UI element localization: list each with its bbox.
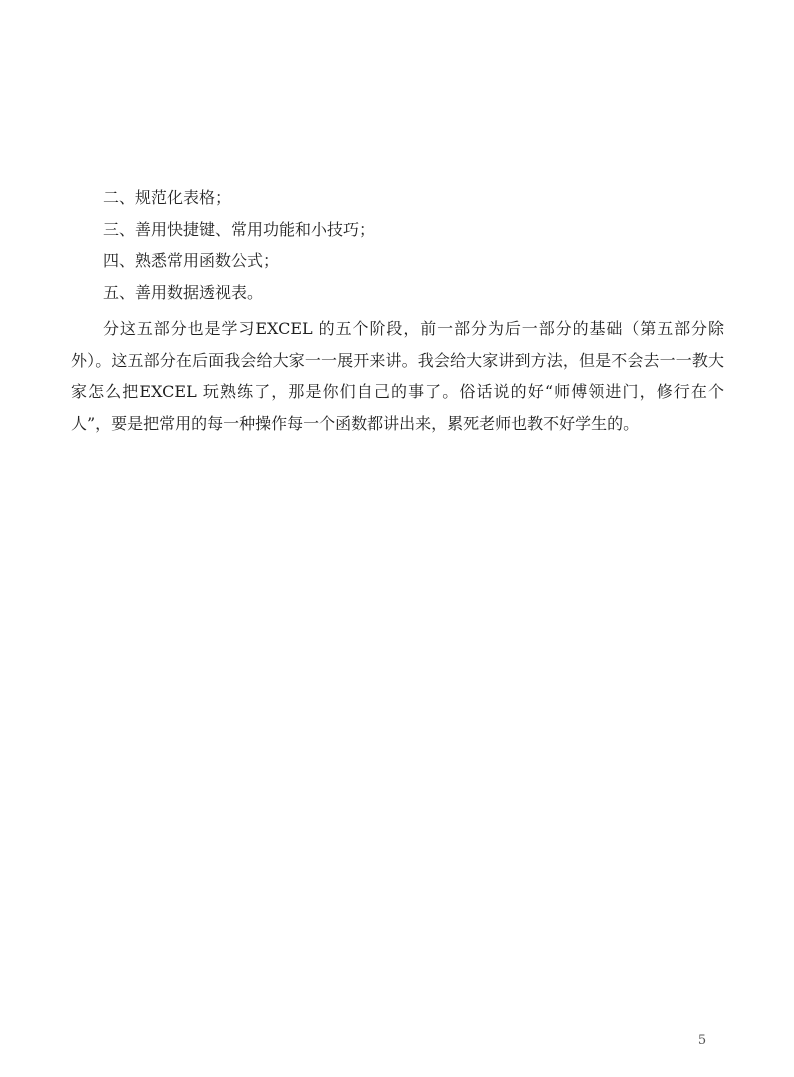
body-paragraph: 分这五部分也是学习EXCEL 的五个阶段，前一部分为后一部分的基础（第五部分除外… [71,313,724,439]
page-number: 5 [694,1032,710,1050]
numbered-list: 二、规范化表格； 三、善用快捷键、常用功能和小技巧； 四、熟悉常用函数公式； 五… [71,182,724,308]
list-item-4: 四、熟悉常用函数公式； [71,245,724,277]
list-item-5: 五、善用数据透视表。 [71,277,724,309]
content-area: 二、规范化表格； 三、善用快捷键、常用功能和小技巧； 四、熟悉常用函数公式； 五… [71,182,724,439]
list-item-2: 二、规范化表格； [71,182,724,214]
list-item-3: 三、善用快捷键、常用功能和小技巧； [71,214,724,246]
document-page: 二、规范化表格； 三、善用快捷键、常用功能和小技巧； 四、熟悉常用函数公式； 五… [0,0,794,1077]
